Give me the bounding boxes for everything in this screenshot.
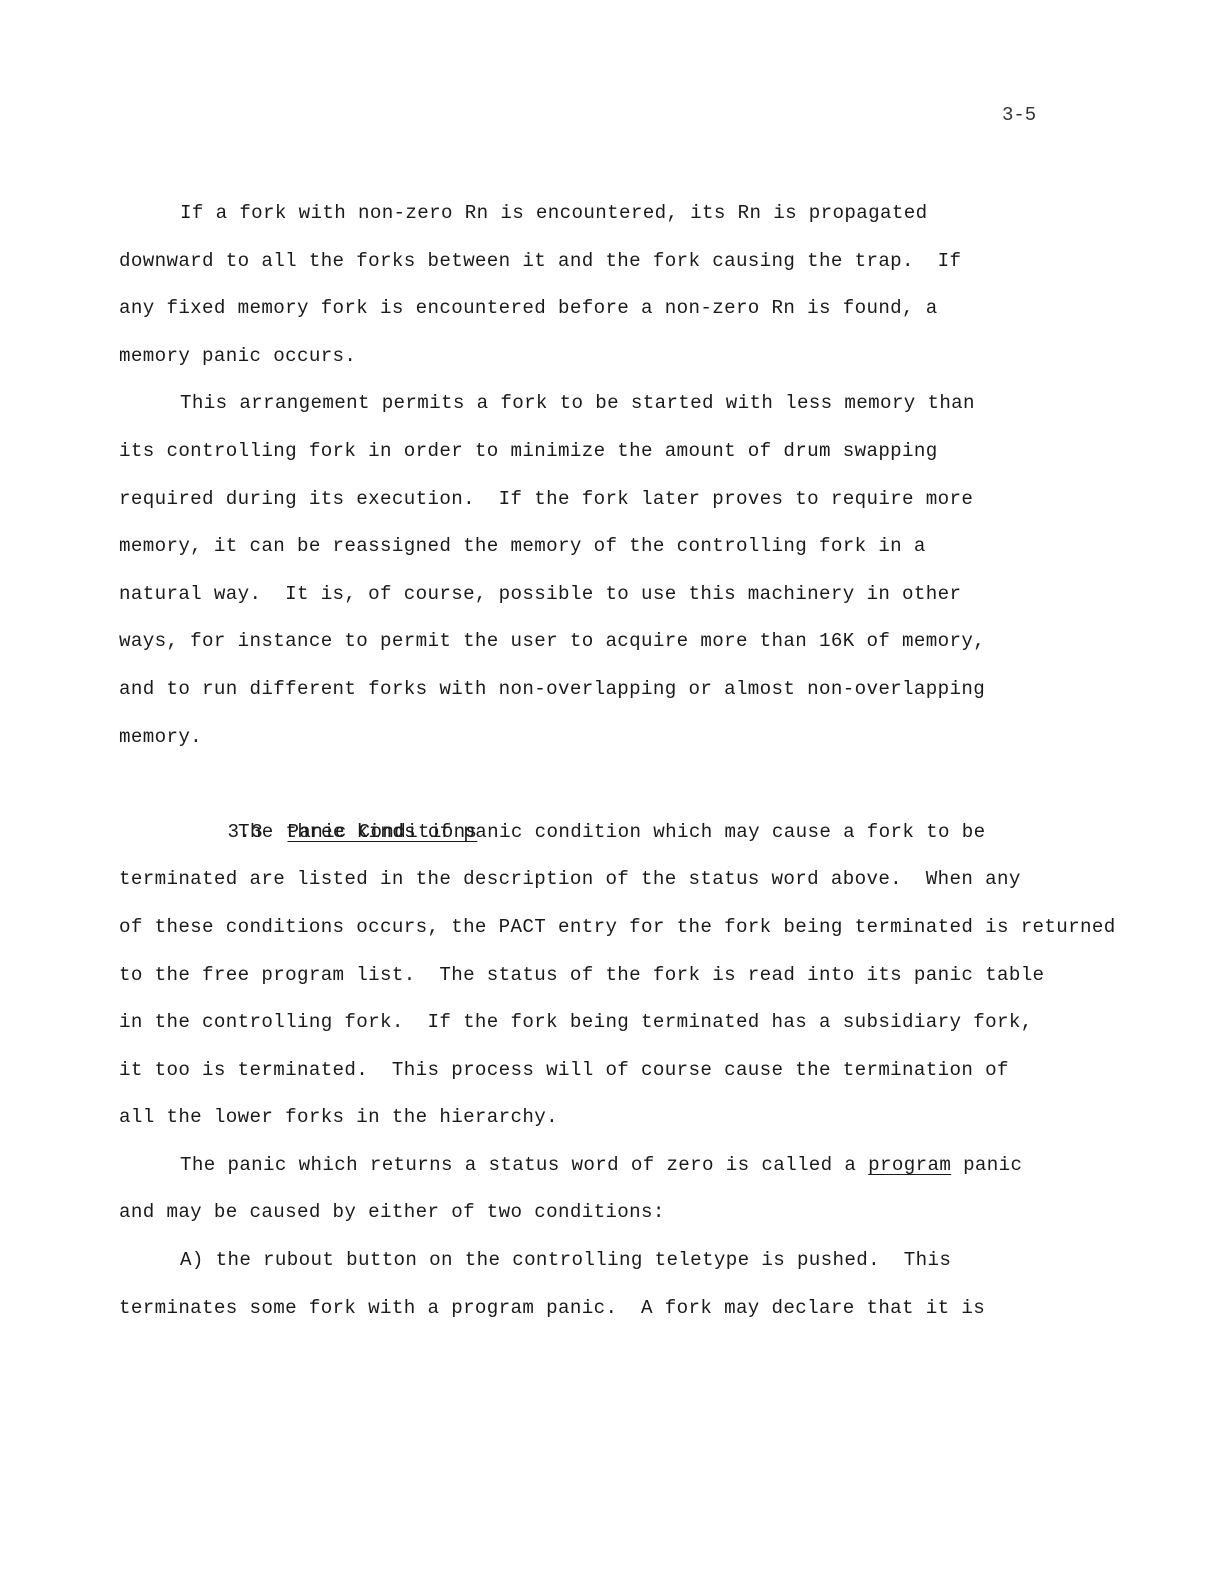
paragraph-arrangement: This arrangement permits a fork to be st… <box>119 380 1139 761</box>
text-line: all the lower forks in the hierarchy. <box>119 1094 1139 1142</box>
text-line: to the free program list. The status of … <box>119 952 1139 1000</box>
text-line: natural way. It is, of course, possible … <box>119 571 1139 619</box>
text-span: panic <box>951 1154 1022 1176</box>
text-line: in the controlling fork. If the fork bei… <box>119 999 1139 1047</box>
text-line: memory. <box>119 714 1139 762</box>
text-line: required during its execution. If the fo… <box>119 476 1139 524</box>
section-heading: 3.3Panic Conditions <box>119 761 1139 809</box>
text-line: memory panic occurs. <box>119 333 1139 381</box>
text-line: and to run different forks with non-over… <box>119 666 1139 714</box>
text-line: terminated are listed in the description… <box>119 856 1139 904</box>
text-line: The three kinds of panic condition which… <box>119 809 1139 857</box>
underlined-term: program <box>868 1154 951 1176</box>
paragraph-condition-a: A) the rubout button on the controlling … <box>119 1237 1139 1332</box>
text-line: If a fork with non-zero Rn is encountere… <box>119 190 1139 238</box>
document-body: If a fork with non-zero Rn is encountere… <box>119 190 1139 1332</box>
text-span: The panic which returns a status word of… <box>180 1154 868 1176</box>
text-line: A) the rubout button on the controlling … <box>119 1237 1139 1285</box>
text-line: The panic which returns a status word of… <box>119 1142 1139 1190</box>
text-line: it too is terminated. This process will … <box>119 1047 1139 1095</box>
text-line: any fixed memory fork is encountered bef… <box>119 285 1139 333</box>
page-number: 3-5 <box>1002 104 1036 126</box>
text-line: memory, it can be reassigned the memory … <box>119 523 1139 571</box>
text-line: ways, for instance to permit the user to… <box>119 618 1139 666</box>
text-line: terminates some fork with a program pani… <box>119 1285 1139 1333</box>
paragraph-panic-kinds: The three kinds of panic condition which… <box>119 809 1139 1142</box>
text-line: This arrangement permits a fork to be st… <box>119 380 1139 428</box>
text-line: of these conditions occurs, the PACT ent… <box>119 904 1139 952</box>
paragraph-program-panic: The panic which returns a status word of… <box>119 1142 1139 1237</box>
text-line: and may be caused by either of two condi… <box>119 1189 1139 1237</box>
text-line: its controlling fork in order to minimiz… <box>119 428 1139 476</box>
text-line: downward to all the forks between it and… <box>119 238 1139 286</box>
paragraph-rn-propagation: If a fork with non-zero Rn is encountere… <box>119 190 1139 380</box>
